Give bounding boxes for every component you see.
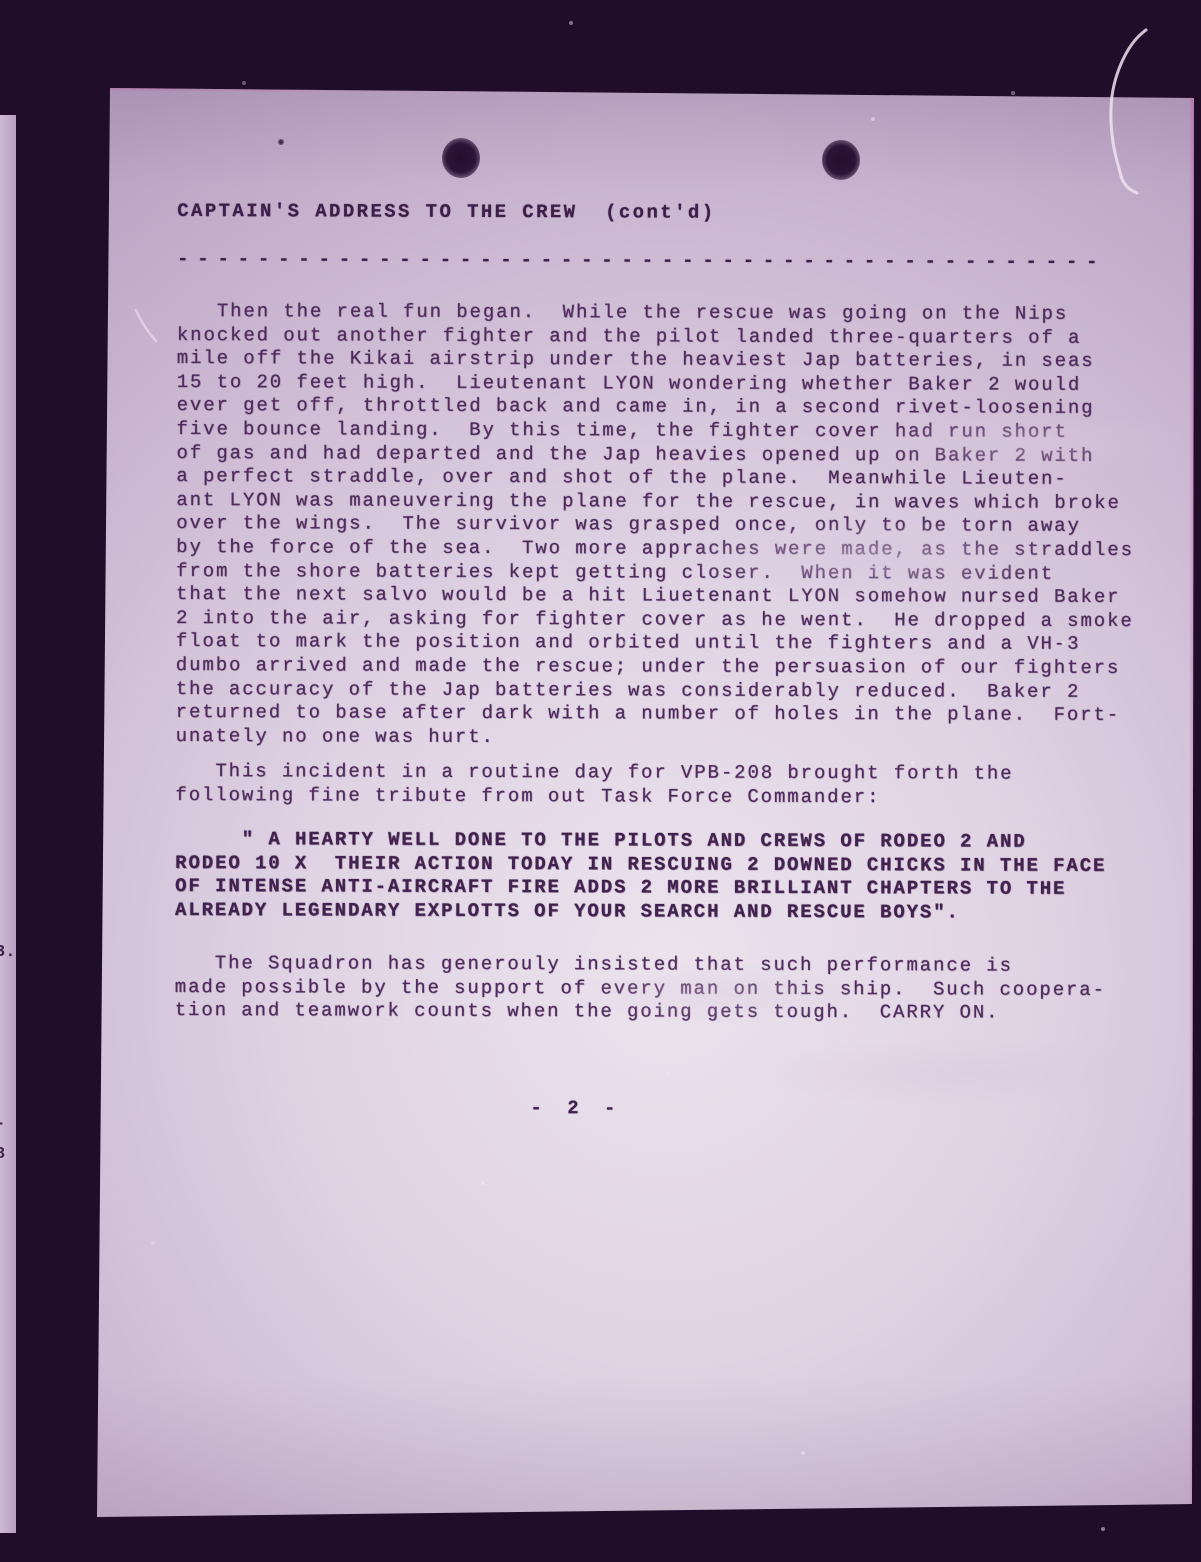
typewritten-line: float to mark the position and orbited u… bbox=[176, 630, 1134, 657]
typewritten-line: ever get off, throttled back and came in… bbox=[177, 394, 1135, 421]
typewritten-line: over the wings. The survivor was grasped… bbox=[176, 512, 1134, 539]
margin-text-fragment: - bbox=[0, 1115, 5, 1134]
typewritten-line: from the shore batteries kept getting cl… bbox=[176, 560, 1134, 587]
page-number: - 2 - bbox=[530, 1097, 622, 1119]
typewritten-content: CAPTAIN'S ADDRESS TO THE CREW (cont'd) -… bbox=[93, 88, 1194, 1520]
typewritten-line: The Squadron has generouly insisted that… bbox=[175, 952, 1106, 979]
typewritten-line: ALREADY LEGENDARY EXPLOTTS OF YOUR SEARC… bbox=[175, 899, 1106, 926]
typewritten-line: that the next salvo would be a hit Liuet… bbox=[176, 583, 1134, 610]
dust-specks bbox=[0, 0, 2, 2]
typewritten-line: five bounce landing. By this time, the f… bbox=[177, 418, 1135, 445]
typewritten-line: the accuracy of the Jap batteries was co… bbox=[176, 677, 1134, 704]
paragraph-commander-tribute: " A HEARTY WELL DONE TO THE PILOTS AND C… bbox=[175, 828, 1106, 925]
typewritten-line: ant LYON was maneuvering the plane for t… bbox=[176, 489, 1134, 516]
typewritten-line: following fine tribute from out Task For… bbox=[175, 784, 1013, 810]
margin-text-fragment: 8 bbox=[0, 1145, 5, 1164]
typewritten-line: 2 into the air, asking for fighter cover… bbox=[176, 607, 1134, 634]
typewritten-line: unately no one was hurt. bbox=[176, 725, 1134, 752]
margin-text-fragment: 3. bbox=[0, 943, 15, 962]
typewritten-line: a perfect straddle, over and shot of the… bbox=[176, 465, 1134, 492]
typewritten-line: dumbo arrived and made the rescue; under… bbox=[176, 654, 1134, 681]
paragraph-rescue-story: Then the real fun began. While the rescu… bbox=[176, 300, 1135, 751]
typewritten-line: OF INTENSE ANTI-AIRCRAFT FIRE ADDS 2 MOR… bbox=[175, 875, 1106, 902]
typewritten-line: 15 to 20 feet high. Lieutenant LYON wond… bbox=[177, 371, 1135, 398]
typewritten-line: tion and teamwork counts when the going … bbox=[175, 999, 1106, 1026]
adjacent-page-sliver: 3. - 8 bbox=[0, 115, 16, 1533]
page-title: CAPTAIN'S ADDRESS TO THE CREW (cont'd) bbox=[177, 200, 715, 224]
document-page: CAPTAIN'S ADDRESS TO THE CREW (cont'd) -… bbox=[97, 88, 1194, 1517]
divider-dashed-line: ----------------------------------------… bbox=[177, 248, 1106, 275]
typewritten-line: RODEO 10 X THEIR ACTION TODAY IN RESCUIN… bbox=[175, 852, 1106, 879]
typewritten-line: made possible by the support of every ma… bbox=[175, 976, 1106, 1003]
typewritten-line: " A HEARTY WELL DONE TO THE PILOTS AND C… bbox=[175, 828, 1106, 855]
paragraph-incident-intro: This incident in a routine day for VPB-2… bbox=[175, 760, 1013, 810]
typewritten-line: by the force of the sea. Two more apprac… bbox=[176, 536, 1134, 563]
typewritten-line: This incident in a routine day for VPB-2… bbox=[175, 760, 1013, 786]
paragraph-squadron-closing: The Squadron has generouly insisted that… bbox=[175, 952, 1106, 1026]
typewritten-line: Then the real fun began. While the rescu… bbox=[177, 300, 1135, 327]
typewritten-line: mile off the Kikai airstrip under the he… bbox=[177, 347, 1135, 374]
typewritten-line: returned to base after dark with a numbe… bbox=[176, 701, 1134, 728]
typewritten-line: knocked out another fighter and the pilo… bbox=[177, 324, 1135, 351]
typewritten-line: of gas and had departed and the Jap heav… bbox=[176, 442, 1134, 469]
